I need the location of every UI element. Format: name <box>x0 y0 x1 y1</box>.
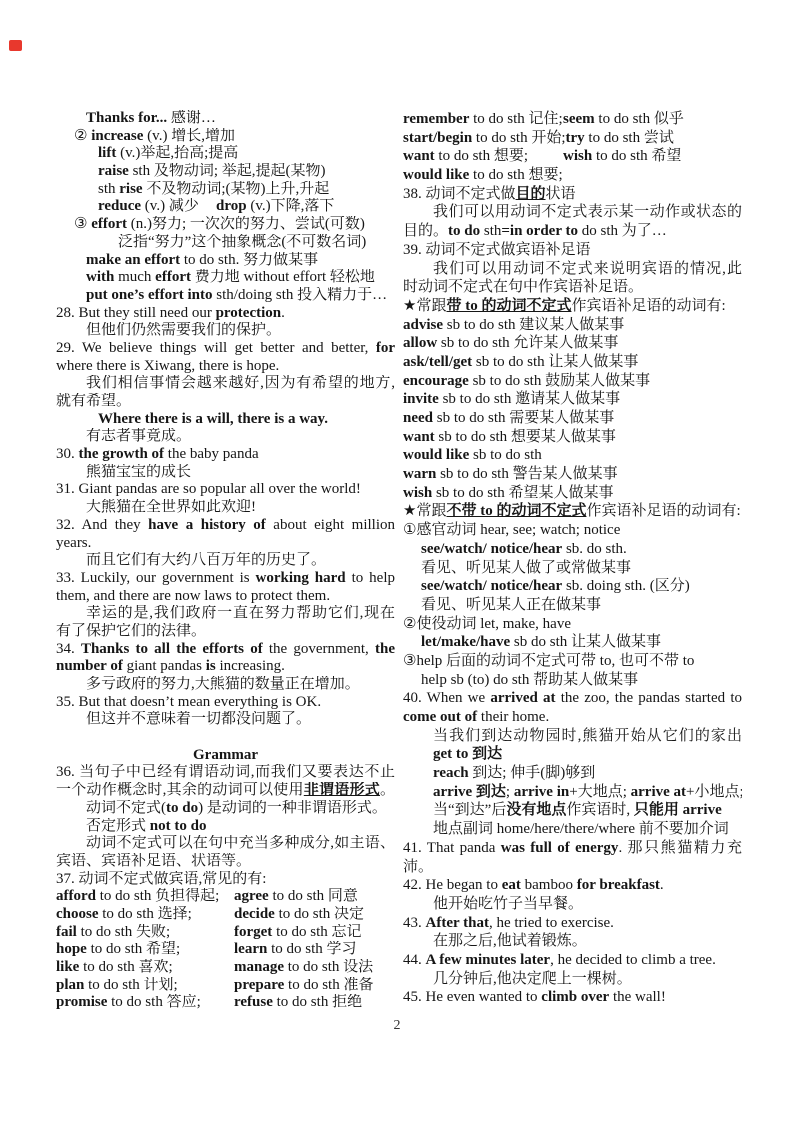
doc-line: 40. When we arrived at the zoo, the pand… <box>403 689 742 708</box>
text-run: allow <box>403 335 437 351</box>
page-number: 2 <box>0 1018 794 1034</box>
text-run: Grammar <box>193 747 258 763</box>
doc-line: 动词不定式可以在句中充当多种成分,如主语、 <box>56 835 395 853</box>
text-run: arrive 到达 <box>433 784 506 800</box>
text-run: see/watch/ notice/hear <box>421 578 562 594</box>
text-run: 40. When we <box>403 690 490 706</box>
doc-line: ★常跟带 to 的动词不定式作宾语补足语的动词有: <box>403 297 742 316</box>
doc-line: ★常跟不带 to 的动词不定式作宾语补足语的动词有: <box>403 502 742 521</box>
doc-line: put one’s effort into sth/doing sth 投入精力… <box>56 287 395 305</box>
doc-line: start/begin to do sth 开始;try to do sth 尝… <box>403 129 742 148</box>
doc-line: number of giant pandas is increasing. <box>56 658 395 676</box>
text-run: start/begin <box>403 130 472 146</box>
text-run: encourage <box>403 373 469 389</box>
text-run: to do sth 答应; <box>107 994 200 1010</box>
text-run: help sb (to) do sth 帮助某人做某事 <box>421 672 638 688</box>
text-run: number of <box>56 658 123 674</box>
text-run: decide <box>234 906 275 922</box>
text-run: (v.) 减少 <box>141 198 199 214</box>
text-run: to do <box>166 800 198 816</box>
text-run: 地点副词 home/here/there/where 前不要加介词 <box>433 821 729 837</box>
text-run: increase <box>91 128 143 144</box>
text-run: 。 <box>380 782 395 798</box>
doc-line: ①感官动词 hear, see; watch; notice <box>403 521 742 540</box>
text-run: 感谢… <box>167 110 216 126</box>
doc-line: come out of their home. <box>403 708 742 727</box>
text-run: sth 及物动词; 举起,提起(某物) <box>129 163 326 179</box>
text-run: Thanks to all the efforts of <box>81 641 263 657</box>
text-run: prepare <box>234 977 284 993</box>
text-run: 我们可以用动词不定式来说明宾语的情况,此 <box>433 261 742 277</box>
doc-line: 38. 动词不定式做目的状语 <box>403 185 742 204</box>
text-run: 有了保护它们的法律。 <box>56 623 206 639</box>
doc-line: promise to do sth 答应;refuse to do sth 拒绝 <box>56 994 395 1012</box>
text-run: ② <box>74 128 91 144</box>
text-run: Thanks for... <box>86 110 167 126</box>
doc-line: 在那之后,他试着锻炼。 <box>403 932 742 951</box>
doc-line: Thanks for... 感谢… <box>56 110 395 128</box>
text-run: reduce <box>98 198 141 214</box>
text-run: 大熊猫在全世界如此欢迎! <box>86 499 256 515</box>
text-run: want <box>403 148 435 164</box>
doc-line: fail to do sth 失败;forget to do sth 忘记 <box>56 924 395 942</box>
text-run: 费力地 without effort 轻松地 <box>191 269 375 285</box>
doc-line: 但这并不意味着一切都没问题了。 <box>56 711 395 729</box>
text-run: forget <box>234 924 272 940</box>
text-run: refuse <box>234 994 273 1010</box>
pair-left-entry: remember to do sth 记住; <box>403 110 563 129</box>
text-run: with <box>86 269 114 285</box>
text-run: not to do <box>150 818 207 834</box>
pair-left-entry: promise to do sth 答应; <box>56 994 234 1012</box>
text-run: ask/tell/get <box>403 354 472 370</box>
text-run: 我们相信事情会越来越好,因为有希望的地方, <box>86 375 395 391</box>
text-run: . <box>281 305 285 321</box>
text-run: 宾语、宾语补足语、状语等。 <box>56 853 251 869</box>
text-run: to do sth 似乎 <box>595 111 684 127</box>
doc-line: remember to do sth 记住;seem to do sth 似乎 <box>403 110 742 129</box>
text-run: invite <box>403 391 439 407</box>
doc-line: raise sth 及物动词; 举起,提起(某物) <box>56 163 395 181</box>
doc-line: afford to do sth 负担得起;agree to do sth 同意 <box>56 888 395 906</box>
text-run: get to 到达 <box>433 746 502 762</box>
doc-line: 熊猫宝宝的成长 <box>56 464 395 482</box>
text-run: 他开始吃竹子当早餐。 <box>433 896 583 912</box>
text-run: 到达; 伸手(脚)够到 <box>469 765 596 781</box>
text-run: plan <box>56 977 84 993</box>
text-run: the government, <box>263 641 375 657</box>
text-run: to do sth 选择; <box>99 906 192 922</box>
text-run: sb to do sth 警告某人做某事 <box>436 466 617 482</box>
text-run: the zoo, the pandas started to <box>556 690 742 706</box>
text-run: 就有希望。 <box>56 393 131 409</box>
text-run: learn <box>234 941 267 957</box>
text-run: to do sth 忘记 <box>272 924 361 940</box>
text-run: 看见、听见某人做了或常做某事 <box>421 560 631 576</box>
text-run: 动词不定式可以在句中充当多种成分,如主语、 <box>86 835 395 851</box>
text-run: +大地点; <box>569 784 630 800</box>
text-run: would like <box>403 447 469 463</box>
doc-line: see/watch/ notice/hear sb. do sth. <box>403 540 742 559</box>
text-run: ) 是动词的一种非谓语形式。 <box>198 800 387 816</box>
doc-line: 大熊猫在全世界如此欢迎! <box>56 499 395 517</box>
doc-line: 目的。to do sth=in order to do sth 为了… <box>403 222 742 241</box>
text-run: sb to do sth 想要某人做某事 <box>435 429 616 445</box>
text-run: advise <box>403 317 443 333</box>
text-run: , he tried to exercise. <box>489 915 614 931</box>
text-run: to do sth 同意 <box>269 888 358 904</box>
text-run: 42. He began to <box>403 877 502 893</box>
doc-line: reach 到达; 伸手(脚)够到 <box>403 764 742 783</box>
pair-left-entry: start/begin to do sth 开始; <box>403 129 566 148</box>
doc-line: ② increase (v.) 增长,增加 <box>56 128 395 146</box>
doc-line: 几分钟后,他决定爬上一棵树。 <box>403 970 742 989</box>
text-run: sth <box>480 223 501 239</box>
text-run: where there is Xiwang, there is hope. <box>56 358 279 374</box>
pair-right-entry: refuse to do sth 拒绝 <box>234 994 362 1012</box>
doc-line: 动词不定式(to do) 是动词的一种非谓语形式。 <box>56 800 395 818</box>
text-run: seem <box>563 111 595 127</box>
doc-line: 一个动作概念时,其余的动词可以使用非谓语形式。 <box>56 782 395 800</box>
text-run: to do sth 失败; <box>77 924 170 940</box>
text-run: 带 to 的动词不定式 <box>446 298 571 314</box>
text-run: 当“到达”后 <box>433 802 506 818</box>
text-run: 多亏政府的努力,大熊猫的数量正在增加。 <box>86 676 360 692</box>
doc-line: 看见、听见某人做了或常做某事 <box>403 559 742 578</box>
text-run: 30. <box>56 446 79 462</box>
doc-line: 29. We believe things will get better an… <box>56 340 395 358</box>
pair-left-entry: fail to do sth 失败; <box>56 924 234 942</box>
text-run: for breakfast <box>577 877 660 893</box>
text-run: to do sth 喜欢; <box>79 959 172 975</box>
doc-line: 31. Giant pandas are so popular all over… <box>56 481 395 499</box>
text-run: fail <box>56 924 77 940</box>
text-run: is <box>206 658 216 674</box>
text-run: 目的 <box>516 186 546 202</box>
text-run: . <box>660 877 664 893</box>
pair-right-entry: prepare to do sth 准备 <box>234 977 373 995</box>
text-run: 不及物动词;(某物)上升,升起 <box>143 181 330 197</box>
doc-line: want sb to do sth 想要某人做某事 <box>403 428 742 447</box>
text-run: 熊猫宝宝的成长 <box>86 464 191 480</box>
doc-line: ③help 后面的动词不定式可带 to, 也可不带 to <box>403 652 742 671</box>
doc-line: 泛指“努力”这个抽象概念(不可数名词) <box>56 234 395 252</box>
text-run: promise <box>56 994 107 1010</box>
doc-line: get to 到达 <box>403 745 742 764</box>
text-run: 29. We believe things will get better an… <box>56 340 376 356</box>
pair-left-entry: afford to do sth 负担得起; <box>56 888 234 906</box>
text-run: ③help 后面的动词不定式可带 to, 也可不带 to <box>403 653 694 669</box>
doc-line: encourage sb to do sth 鼓励某人做某事 <box>403 372 742 391</box>
doc-line: 30. the growth of the baby panda <box>56 446 395 464</box>
text-run: to do sth 尝试 <box>585 130 674 146</box>
text-run: sth <box>98 181 119 197</box>
text-run: rise <box>119 181 142 197</box>
text-run: their home. <box>477 709 549 725</box>
pair-left-entry: reduce (v.) 减少 <box>98 198 216 216</box>
text-run: 看见、听见某人正在做某事 <box>421 597 601 613</box>
doc-line: Grammar <box>56 747 395 765</box>
text-run: ①感官动词 hear, see; watch; notice <box>403 522 620 538</box>
text-run: try <box>566 130 585 146</box>
text-run: lift <box>98 145 116 161</box>
text-run: 几分钟后,他决定爬上一棵树。 <box>433 971 632 987</box>
left-column: Thanks for... 感谢…② increase (v.) 增长,增加li… <box>56 110 395 1012</box>
text-run: After that <box>426 915 489 931</box>
text-run: the <box>375 641 395 657</box>
corner-mark <box>9 40 22 51</box>
doc-line: help sb (to) do sth 帮助某人做某事 <box>403 671 742 690</box>
right-column: remember to do sth 记住;seem to do sth 似乎s… <box>403 110 742 1007</box>
doc-line: see/watch/ notice/hear sb. doing sth. (区… <box>403 577 742 596</box>
text-run: them, and there are now laws to protect … <box>56 588 330 604</box>
text-run: 沛。 <box>403 859 433 875</box>
text-run: effort <box>91 216 127 232</box>
text-run: to do sth 负担得起; <box>96 888 219 904</box>
doc-line: 但他们仍然需要我们的保护。 <box>56 322 395 340</box>
doc-line: like to do sth 喜欢;manage to do sth 设法 <box>56 959 395 977</box>
text-run: 但他们仍然需要我们的保护。 <box>86 322 281 338</box>
text-run: to do sth 想要; <box>435 148 528 164</box>
text-run: to do sth 决定 <box>275 906 364 922</box>
text-run: 在那之后,他试着锻炼。 <box>433 933 587 949</box>
text-run: giant pandas <box>123 658 206 674</box>
text-run: arrive at <box>631 784 686 800</box>
doc-line: 37. 动词不定式做宾语,常见的有: <box>56 871 395 889</box>
doc-line: 沛。 <box>403 858 742 877</box>
text-run: 作宾语时, <box>566 802 634 818</box>
text-run: increasing. <box>216 658 285 674</box>
doc-line: ②使役动词 let, make, have <box>403 615 742 634</box>
doc-line: 就有希望。 <box>56 393 395 411</box>
text-run: bamboo <box>521 877 577 893</box>
text-run: about eight million <box>266 517 395 533</box>
doc-line: wish sb to do sth 希望某人做某事 <box>403 484 742 503</box>
text-run: 作宾语补足语的动词有: <box>586 503 740 519</box>
text-run: 我们可以用动词不定式表示某一动作或状态的 <box>433 204 742 220</box>
text-run: wish <box>403 485 432 501</box>
doc-line: 39. 动词不定式做宾语补足语 <box>403 241 742 260</box>
text-run: let/make/have <box>421 634 510 650</box>
pair-right-entry: try to do sth 尝试 <box>566 129 674 148</box>
text-run: remember <box>403 111 469 127</box>
text-run: the baby panda <box>164 446 259 462</box>
text-run: 36. 当句子中已经有谓语动词,而我们又要表达不止 <box>56 764 395 780</box>
text-run: manage <box>234 959 284 975</box>
text-run: climb over <box>541 989 609 1005</box>
text-run: the wall! <box>609 989 666 1005</box>
text-run: effort <box>155 269 191 285</box>
doc-line: choose to do sth 选择;decide to do sth 决定 <box>56 906 395 924</box>
text-run: 而且它们有大约八百万年的历史了。 <box>86 552 326 568</box>
text-run: ②使役动词 let, make, have <box>403 616 571 632</box>
pair-right-entry: learn to do sth 学习 <box>234 941 357 959</box>
pair-right-entry: seem to do sth 似乎 <box>563 110 684 129</box>
pair-left-entry: like to do sth 喜欢; <box>56 959 234 977</box>
text-run: =in order to <box>501 223 578 239</box>
text-run: the growth of <box>79 446 165 462</box>
text-run: make an effort <box>86 252 180 268</box>
pair-right-entry: drop (v.)下降,落下 <box>216 198 334 216</box>
text-run: . 那只熊猫精力充 <box>618 840 742 856</box>
pair-right-entry: agree to do sth 同意 <box>234 888 358 906</box>
text-run: choose <box>56 906 99 922</box>
text-run: (v.) 增长,增加 <box>143 128 235 144</box>
doc-line: ask/tell/get sb to do sth 让某人做某事 <box>403 353 742 372</box>
doc-line: 有志者事竟成。 <box>56 428 395 446</box>
doc-line: 32. And they have a history of about eig… <box>56 517 395 535</box>
doc-line: need sb to do sth 需要某人做某事 <box>403 409 742 428</box>
doc-line: 看见、听见某人正在做某事 <box>403 596 742 615</box>
doc-line: 他开始吃竹子当早餐。 <box>403 895 742 914</box>
text-run: to do sth 拒绝 <box>273 994 362 1010</box>
text-run: ★常跟 <box>403 298 446 314</box>
text-run: hope <box>56 941 87 957</box>
doc-line: allow sb to do sth 允许某人做某事 <box>403 334 742 353</box>
text-run: 33. Luckily, our government is <box>56 570 256 586</box>
text-run: come out of <box>403 709 477 725</box>
doc-line: 当我们到达动物园时,熊猫开始从它们的家出来。 <box>403 727 742 746</box>
text-run: to do sth 希望; <box>87 941 180 957</box>
text-run: 39. 动词不定式做宾语补足语 <box>403 242 591 258</box>
text-run: 只能用 arrive <box>634 802 722 818</box>
text-run: sb to do sth 希望某人做某事 <box>432 485 613 501</box>
doc-line: advise sb to do sth 建议某人做某事 <box>403 316 742 335</box>
text-run: raise <box>98 163 129 179</box>
pair-left-entry: plan to do sth 计划; <box>56 977 234 995</box>
doc-line: 41. That panda was full of energy. 那只熊猫精… <box>403 839 742 858</box>
doc-line: 42. He began to eat bamboo for breakfast… <box>403 876 742 895</box>
doc-line: 当“到达”后没有地点作宾语时, 只能用 arrive <box>403 801 742 820</box>
text-run: 41. That panda <box>403 840 501 856</box>
doc-line: years. <box>56 535 395 553</box>
doc-line: ③ effort (n.)努力; 一次次的努力、尝试(可数) <box>56 216 395 234</box>
doc-line: hope to do sth 希望;learn to do sth 学习 <box>56 941 395 959</box>
text-run: reach <box>433 765 469 781</box>
doc-line: 45. He even wanted to climb over the wal… <box>403 988 742 1007</box>
text-run: protection <box>216 305 282 321</box>
doc-line: want to do sth 想要;wish to do sth 希望 <box>403 147 742 166</box>
text-run: ★常跟 <box>403 503 446 519</box>
text-run: 状语 <box>546 186 576 202</box>
text-run: working hard <box>256 570 346 586</box>
text-run: want <box>403 429 435 445</box>
text-run: much <box>114 269 155 285</box>
text-run: sb to do sth 让某人做某事 <box>472 354 638 370</box>
doc-line: with much effort 费力地 without effort 轻松地 <box>56 269 395 287</box>
text-run: to do sth 准备 <box>284 977 373 993</box>
doc-line: 时动词不定式在句中作宾语补足语。 <box>403 278 742 297</box>
doc-line: let/make/have sb do sth 让某人做某事 <box>403 633 742 652</box>
document-page: Thanks for... 感谢…② increase (v.) 增长,增加li… <box>0 0 794 1123</box>
text-run: eat <box>502 877 521 893</box>
text-run: 当我们到达动物园时,熊猫开始从它们的家出来。 <box>433 728 742 746</box>
text-run: arrived at <box>490 690 555 706</box>
doc-line: 有了保护它们的法律。 <box>56 623 395 641</box>
doc-line: 28. But they still need our protection. <box>56 305 395 323</box>
text-run: would like <box>403 167 469 183</box>
text-run: to do sth 记住; <box>469 111 562 127</box>
text-run: to do sth 希望 <box>592 148 681 164</box>
text-run: (n.)努力; 一次次的努力、尝试(可数) <box>127 216 365 232</box>
text-run: to do sth 想要; <box>469 167 562 183</box>
text-run: ; <box>506 784 514 800</box>
text-run: have a history of <box>148 517 266 533</box>
pair-left-entry: hope to do sth 希望; <box>56 941 234 959</box>
text-run: , he decided to climb a tree. <box>550 952 716 968</box>
text-run: put one’s effort into <box>86 287 213 303</box>
pair-right-entry: decide to do sth 决定 <box>234 906 364 924</box>
pair-right-entry: forget to do sth 忘记 <box>234 924 362 942</box>
text-run: 38. 动词不定式做 <box>403 186 516 202</box>
doc-line: 34. Thanks to all the efforts of the gov… <box>56 641 395 659</box>
doc-line: sth rise 不及物动词;(某物)上升,升起 <box>56 181 395 199</box>
text-run: to help <box>346 570 395 586</box>
text-run: +小地点; <box>686 784 742 800</box>
doc-line: 宾语、宾语补足语、状语等。 <box>56 853 395 871</box>
text-run: sb. doing sth. (区分) <box>562 578 690 594</box>
text-run: to do sth 学习 <box>267 941 356 957</box>
text-run: 幸运的是,我们政府一直在努力帮助它们,现在 <box>86 605 395 621</box>
doc-line: 多亏政府的努力,大熊猫的数量正在增加。 <box>56 676 395 694</box>
text-run: sb do sth 让某人做某事 <box>510 634 661 650</box>
text-run: need <box>403 410 433 426</box>
doc-line <box>56 729 395 747</box>
doc-line: 44. A few minutes later, he decided to c… <box>403 951 742 970</box>
doc-line: 我们可以用动词不定式表示某一动作或状态的 <box>403 203 742 222</box>
text-run: wish <box>563 148 592 164</box>
text-run: 37. 动词不定式做宾语,常见的有: <box>56 871 266 887</box>
text-run: 时动词不定式在句中作宾语补足语。 <box>403 279 643 295</box>
text-run: sb to do sth 需要某人做某事 <box>433 410 614 426</box>
doc-line: make an effort to do sth. 努力做某事 <box>56 252 395 270</box>
text-run: 不带 to 的动词不定式 <box>446 503 586 519</box>
text-run: (v.)举起,抬高;提高 <box>116 145 238 161</box>
text-run: for <box>376 340 395 356</box>
doc-line: 幸运的是,我们政府一直在努力帮助它们,现在 <box>56 605 395 623</box>
text-run: 31. Giant pandas are so popular all over… <box>56 481 361 497</box>
text-run: 35. But that doesn’t mean everything is … <box>56 694 321 710</box>
text-run: 43. <box>403 915 426 931</box>
text-run: 否定形式 <box>86 818 150 834</box>
text-run: 泛指“努力”这个抽象概念(不可数名词) <box>118 234 366 250</box>
doc-line: 43. After that, he tried to exercise. <box>403 914 742 933</box>
text-run: 有志者事竟成。 <box>86 428 191 444</box>
text-run: (v.)下降,落下 <box>247 198 335 214</box>
text-run: sb to do sth <box>469 447 542 463</box>
doc-line: warn sb to do sth 警告某人做某事 <box>403 465 742 484</box>
text-run: arrive in <box>514 784 569 800</box>
pair-right-entry: wish to do sth 希望 <box>563 147 681 166</box>
pair-left-entry: want to do sth 想要; <box>403 147 563 166</box>
text-run: afford <box>56 888 96 904</box>
doc-line: where there is Xiwang, there is hope. <box>56 358 395 376</box>
text-run: to do sth. 努力做某事 <box>180 252 318 268</box>
doc-line: 我们相信事情会越来越好,因为有希望的地方, <box>56 375 395 393</box>
text-run: 目的。 <box>403 223 448 239</box>
doc-line: 我们可以用动词不定式来说明宾语的情况,此 <box>403 260 742 279</box>
doc-line: lift (v.)举起,抬高;提高 <box>56 145 395 163</box>
text-run: A few minutes later <box>426 952 551 968</box>
text-run: 非谓语形式 <box>304 782 380 798</box>
text-run: like <box>56 959 79 975</box>
doc-line: arrive 到达; arrive in+大地点; arrive at+小地点; <box>403 783 742 802</box>
text-run: ③ <box>74 216 91 232</box>
pair-left-entry: choose to do sth 选择; <box>56 906 234 924</box>
doc-line: invite sb to do sth 邀请某人做某事 <box>403 390 742 409</box>
text-run: Where there is a will, there is a way. <box>98 411 328 427</box>
doc-line: 36. 当句子中已经有谓语动词,而我们又要表达不止 <box>56 764 395 782</box>
